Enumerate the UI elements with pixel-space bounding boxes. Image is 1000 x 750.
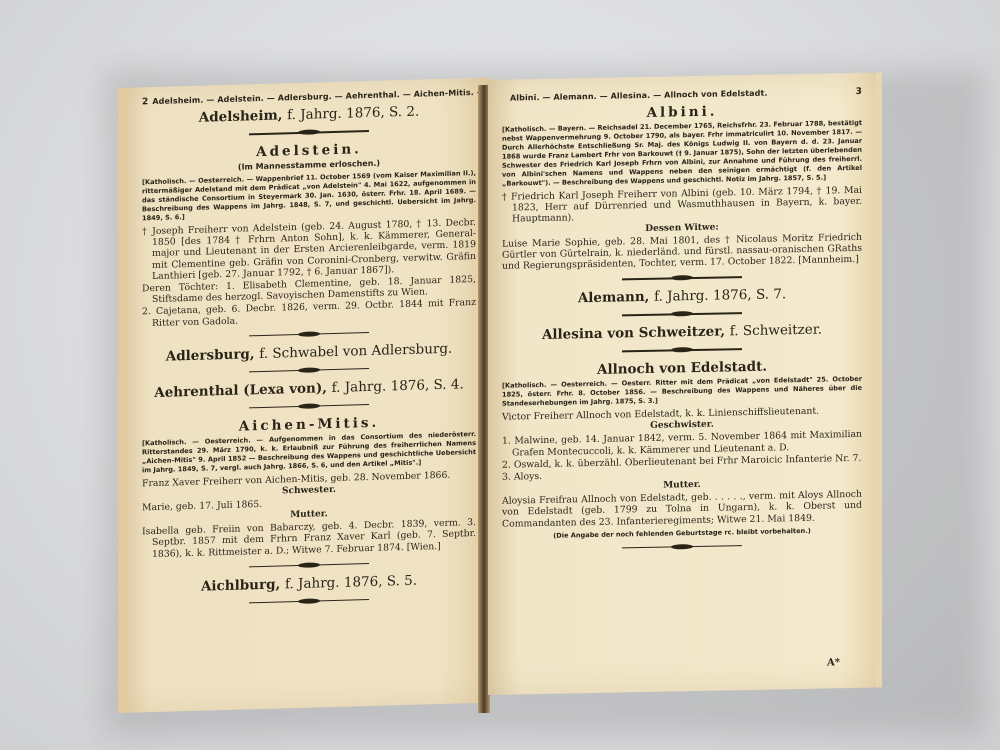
ornament-divider: [622, 542, 742, 552]
left-page-number: 2: [142, 97, 148, 107]
ornament-divider: [249, 596, 369, 607]
entry-title-alemann: Alemann, f. Jahrg. 1876, S. 7.: [502, 285, 862, 308]
ornament-divider: [249, 401, 369, 412]
right-page-number: 3: [856, 87, 862, 97]
entry-title-aehrenthal: Aehrenthal (Lexa von), f. Jahrg. 1876, S…: [142, 376, 476, 401]
entry-title-adlersburg: Adlersburg, f. Schwabel von Adlersburg.: [142, 340, 476, 365]
ornament-divider: [249, 365, 369, 376]
entry-bracket-albini: [Katholisch. — Bayern. — Reichsadel 21. …: [502, 119, 862, 189]
right-page: Albini. — Alemann. — Allesina. — Allnoch…: [488, 72, 882, 695]
entry-text: † Friedrich Karl Joseph Freiherr von Alb…: [502, 185, 862, 226]
entry-bracket-aichen-mitis: [Katholisch. — Oesterreich. — Aufgenomme…: [142, 430, 476, 475]
entry-text: Luise Marie Sophie, geb. 28. Mai 1801, d…: [502, 231, 862, 272]
left-page: 2 Adelsheim. — Adelstein. — Adlersburg. …: [118, 78, 490, 713]
ornament-divider: [249, 329, 369, 340]
entry-bracket-allnoch: [Katholisch. — Oesterreich. — Oesterr. R…: [502, 375, 862, 409]
entry-title-allesina: Allesina von Schweitzer, f. Schweitzer.: [502, 321, 862, 344]
entry-text: Aloysia Freifrau Allnoch von Edelstadt, …: [502, 489, 862, 530]
right-running-head-text: Albini. — Alemann. — Allesina. — Allnoch…: [510, 89, 768, 104]
ornament-divider: [622, 309, 742, 319]
ornament-divider: [622, 273, 742, 283]
entry-title-aichlburg: Aichlburg, f. Jahrg. 1876, S. 5.: [142, 571, 476, 596]
ornament-divider: [249, 560, 369, 571]
ornament-divider: [249, 127, 369, 138]
entry-bracket-adelstein: [Katholisch. — Oesterreich. — Wappenbrie…: [142, 169, 476, 223]
ornament-divider: [622, 345, 742, 355]
entry-text: † Joseph Freiherr von Adelstein (geb. 24…: [142, 217, 476, 282]
signature-mark: A*: [827, 657, 840, 668]
